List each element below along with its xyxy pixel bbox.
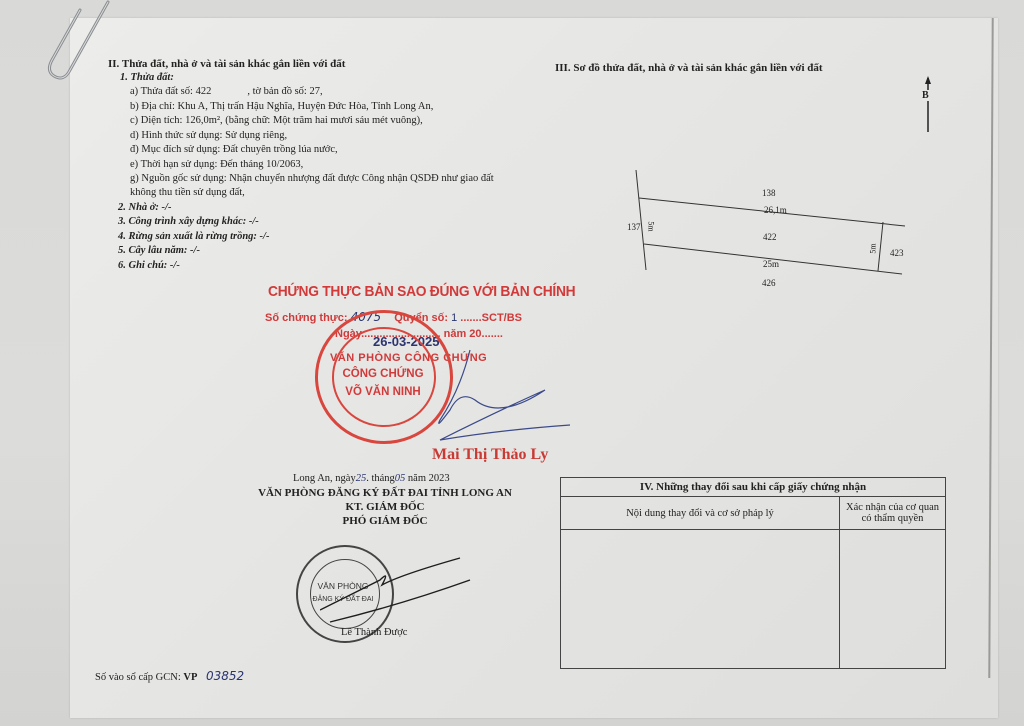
left-edge-length: 5m [647,221,656,231]
parcel-number: a) Thửa đất số: 422, tờ bản đồ số: 27, [130,86,323,97]
issuing-role-2: PHÓ GIÁM ĐỐC [240,515,530,527]
section-4-title: IV. Những thay đổi sau khi cấp giấy chứn… [561,478,946,497]
land-parcel-subtitle: 1. Thửa đất: [120,72,174,83]
bottom-edge-length: 25m [763,259,779,269]
top-edge-length: 26,1m [764,205,787,215]
registry-number-line: Số vào sổ cấp GCN: VP 03852 [95,669,244,683]
section-3-title: III. Sơ đồ thửa đất, nhà ở và tài sản kh… [555,62,823,74]
other-construction-item: 3. Công trình xây dựng khác: -/- [118,216,259,227]
changes-table: IV. Những thay đổi sau khi cấp giấy chứn… [560,477,946,669]
issuing-role-1: KT. GIÁM ĐỐC [240,501,530,513]
notes-item: 6. Ghi chú: -/- [118,260,180,271]
parcel-area: c) Diện tích: 126,0m², (bằng chữ: Một tr… [130,115,423,126]
usage-purpose: đ) Mục đích sử dụng: Đất chuyên trồng lú… [130,144,338,155]
forest-item: 4. Rừng sản xuất là rừng trồng: -/- [118,231,269,242]
right-edge-length: 5m [869,243,878,253]
parcel-outline [600,170,920,300]
north-arrow: B [918,76,938,134]
issuing-office: VĂN PHÒNG ĐĂNG KÝ ĐẤT ĐAI TỈNH LONG AN [240,487,530,499]
parcel-address: b) Địa chỉ: Khu A, Thị trấn Hậu Nghĩa, H… [130,101,433,112]
parcel-label: 422 [763,232,777,242]
paperclip-icon [40,0,110,90]
neighbor-south: 426 [762,278,776,288]
north-label: B [922,90,929,101]
neighbor-west: 137 [627,222,641,232]
certification-stamp-title: CHỨNG THỰC BẢN SAO ĐÚNG VỚI BẢN CHÍNH [268,283,575,300]
usage-term: e) Thời hạn sử dụng: Đến tháng 10/2063, [130,159,303,170]
usage-origin-cont: không thu tiền sử dụng đất, [130,187,245,198]
changes-content-cell [561,530,840,669]
director-name: Lê Thành Được [341,627,407,638]
section-2-title: II. Thửa đất, nhà ở và tài sản khác gắn … [108,58,345,70]
column-authority-confirmation: Xác nhận của cơ quancó thẩm quyền [840,497,946,530]
authority-confirmation-cell [840,530,946,669]
issuance-date-line: Long An, ngày25. tháng05 năm 2023 [293,473,450,484]
column-changes-content: Nội dung thay đổi và cơ sở pháp lý [561,497,840,530]
neighbor-east: 423 [890,248,904,258]
notary-signer-name: Mai Thị Thảo Ly [432,446,548,464]
house-item: 2. Nhà ở: -/- [118,202,171,213]
parcel-diagram: 138 26,1m 137 5m 422 5m 423 25m 426 [600,170,920,300]
usage-form: d) Hình thức sử dụng: Sử dụng riêng, [130,130,287,141]
north-arrow-icon [918,76,938,134]
usage-origin: g) Nguồn gốc sử dụng: Nhận chuyển nhượng… [130,173,494,184]
director-signature [320,540,490,630]
perennial-trees-item: 5. Cây lâu năm: -/- [118,245,200,256]
notary-signature [380,330,580,460]
neighbor-north: 138 [762,188,776,198]
